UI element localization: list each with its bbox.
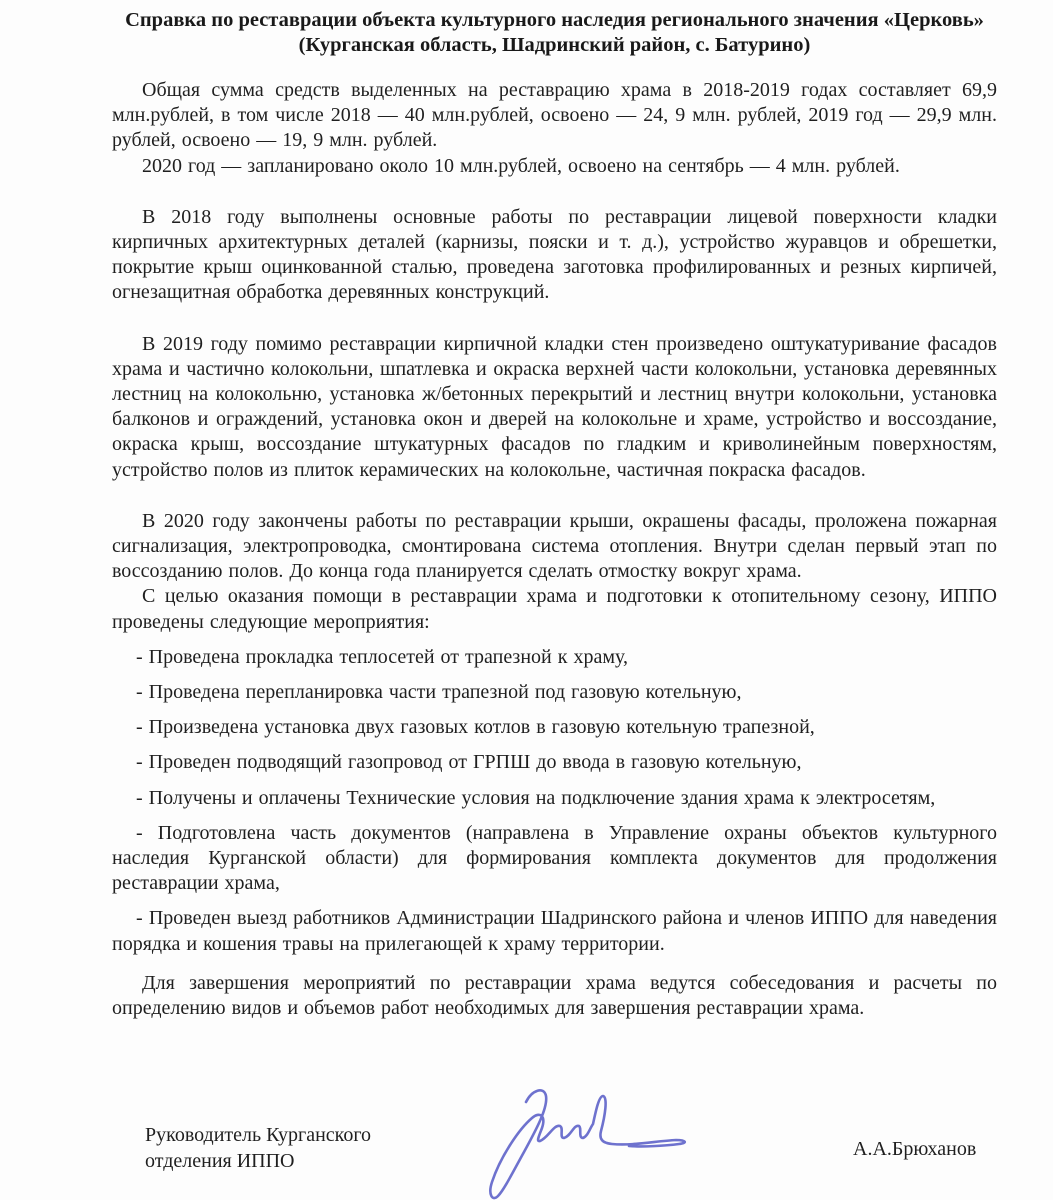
paragraph-2018-works: В 2018 году выполнены основные работы по… xyxy=(112,205,997,306)
signatory-name: А.А.Брюханов xyxy=(853,1138,976,1161)
signatory-role: Руководитель Курганского отделения ИППО xyxy=(145,1122,371,1174)
title-line-2: (Курганская область, Шадринский район, с… xyxy=(299,34,811,56)
paragraph-ippo-intro: С целью оказания помощи в реставрации хр… xyxy=(112,584,997,634)
paragraph-2020-plan: 2020 год — запланировано около 10 млн.ру… xyxy=(112,154,997,179)
paragraph-2020-works: В 2020 году закончены работы по реставра… xyxy=(112,509,997,585)
list-item-heat-network: - Проведена прокладка теплосетей от трап… xyxy=(112,645,997,670)
paragraph-funding-summary: Общая сумма средств выделенных на рестав… xyxy=(112,78,997,154)
list-item-electric-connection: - Получены и оплачены Технические услови… xyxy=(112,786,997,811)
signatory-role-line-1: Руководитель Курганского xyxy=(145,1122,371,1148)
signature-stroke xyxy=(490,1090,684,1198)
list-item-refectory-replanning: - Проведена перепланировка части трапезн… xyxy=(112,680,997,705)
handwritten-signature xyxy=(474,1084,714,1200)
paragraph-closing: Для завершения мероприятий по реставраци… xyxy=(112,971,997,1021)
document-page: Справка по реставрации объекта культурно… xyxy=(0,0,1053,1200)
paragraph-2019-works: В 2019 году помимо реставрации кирпичной… xyxy=(112,332,997,483)
document-title: Справка по реставрации объекта культурно… xyxy=(112,8,997,58)
title-line-1: Справка по реставрации объекта культурно… xyxy=(125,9,984,31)
signatory-role-line-2: отделения ИППО xyxy=(145,1148,371,1174)
signature-block: Руководитель Курганского отделения ИППО … xyxy=(0,1080,1053,1200)
list-item-documents: - Подготовлена часть документов (направл… xyxy=(112,821,997,897)
list-item-gas-boilers: - Произведена установка двух газовых кот… xyxy=(112,715,997,740)
list-item-territory-cleanup: - Проведен выезд работников Администраци… xyxy=(112,906,997,956)
list-item-gas-pipeline: - Проведен подводящий газопровод от ГРПШ… xyxy=(112,750,997,775)
